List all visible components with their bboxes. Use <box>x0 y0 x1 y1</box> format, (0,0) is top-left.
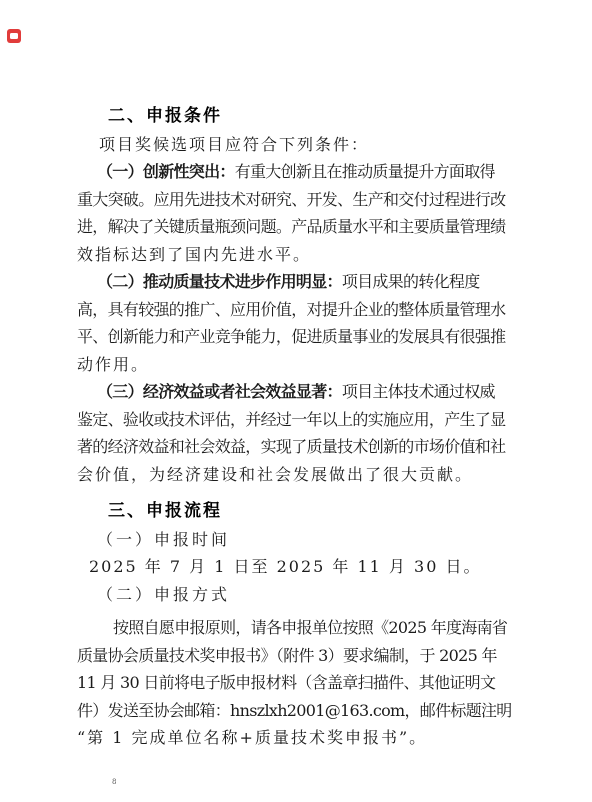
body-text-segment: 项目成果的转化程度 <box>342 272 480 291</box>
body-text-line: （一）创新性突出：有重大创新且在推动质量提升方面取得 <box>77 158 511 186</box>
body-text-line: 效指标达到了国内先进水平。 <box>77 241 511 269</box>
body-text-line: 11 月 30 日前将电子版申报材料（含盖章扫描件、其他证明文 <box>77 669 511 697</box>
comment-annotation-icon[interactable] <box>7 29 21 43</box>
body-text-line: 进，解决了关键质量瓶颈问题。产品质量水平和主要质量管理绩 <box>77 213 511 241</box>
body-text-line: 平、创新能力和产业竞争能力，促进质量事业的发展具有很强推 <box>77 323 511 351</box>
section-heading-application-process: 三、申报流程 <box>77 498 511 526</box>
clause-title-economic-benefit: （三）经济效益或者社会效益显著： <box>97 382 342 401</box>
application-date-range: 2025 年 7 月 1 日至 2025 年 11 月 30 日。 <box>77 553 511 581</box>
body-text-segment: 项目主体技术通过权威 <box>342 382 495 401</box>
document-page: 二、申报条件 项目奖候选项目应符合下列条件： （一）创新性突出：有重大创新且在推… <box>0 0 592 802</box>
subsection-label-application-time: （一）申报时间 <box>77 526 511 554</box>
body-text-line: 会价值，为经济建设和社会发展做出了很大贡献。 <box>77 461 511 489</box>
page-number: 8 <box>112 778 116 786</box>
body-text-line-email: 件）发送至协会邮箱：hnszlxh2001@163.com，邮件标题注明 <box>77 697 511 725</box>
body-text-line: （三）经济效益或者社会效益显著：项目主体技术通过权威 <box>77 378 511 406</box>
body-text-line: （二）推动质量技术进步作用明显：项目成果的转化程度 <box>77 268 511 296</box>
body-text-line: 动作用。 <box>77 351 511 379</box>
body-text-segment: 有重大创新且在推动质量提升方面取得 <box>235 162 495 181</box>
body-text-line: 质量协会质量技术奖申报书》（附件 3）要求编制，于 2025 年 <box>77 642 511 670</box>
annotation-note-glyph <box>10 33 18 39</box>
body-text-line: 重大突破。应用先进技术对研究、开发、生产和交付过程进行改 <box>77 186 511 214</box>
body-text-line: 项目奖候选项目应符合下列条件： <box>77 131 511 159</box>
body-text-line: “第 1 完成单位名称+质量技术奖申报书”。 <box>77 724 511 752</box>
document-body: 二、申报条件 项目奖候选项目应符合下列条件： （一）创新性突出：有重大创新且在推… <box>77 103 511 752</box>
body-text-line: 著的经济效益和社会效益，实现了质量技术创新的市场价值和社 <box>77 433 511 461</box>
body-text-line: 鉴定、验收或技术评估，并经过一年以上的实施应用，产生了显 <box>77 406 511 434</box>
clause-title-quality-progress: （二）推动质量技术进步作用明显： <box>97 272 342 291</box>
clause-title-innovation: （一）创新性突出： <box>97 162 235 181</box>
body-text-line: 高，具有较强的推广、应用价值，对提升企业的整体质量管理水 <box>77 296 511 324</box>
subsection-label-application-method: （二）申报方式 <box>77 581 511 609</box>
body-text-line: 按照自愿申报原则，请各申报单位按照《2025 年度海南省 <box>77 614 511 642</box>
section-heading-application-conditions: 二、申报条件 <box>77 103 511 131</box>
